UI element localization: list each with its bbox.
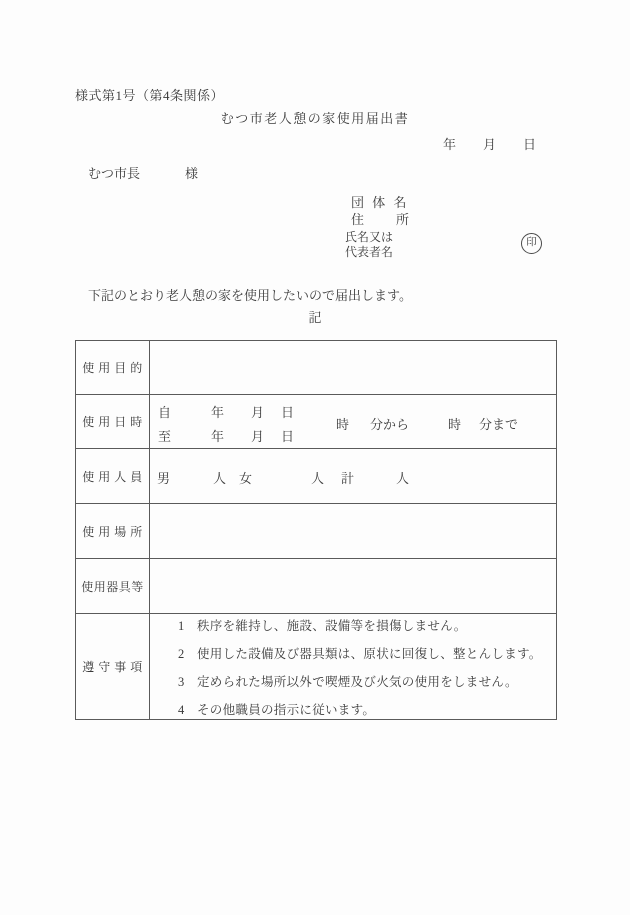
rule-number: 1 <box>178 619 191 634</box>
rule-number: 3 <box>178 675 191 690</box>
address-label: 住 所 <box>351 209 411 228</box>
people-female-unit: 人 <box>311 468 324 487</box>
rule-number: 4 <box>178 703 191 718</box>
datetime-day-label: 日 <box>281 402 294 421</box>
datetime-value-cell: 自 年 月 日 至 年 月 日 時 分から 時 分まで <box>150 395 557 449</box>
datetime-from-label: 自 <box>158 402 171 421</box>
place-label: 使 用 場 所 <box>76 504 150 559</box>
note-heading: 記 <box>0 307 630 326</box>
rule-text: その他職員の指示に従います。 <box>197 700 375 718</box>
place-value-cell <box>150 504 557 559</box>
datetime-day-label: 日 <box>281 426 294 445</box>
form-page: 様式第1号（第4条関係） むつ市老人憩の家使用届出書 年 月 日 むつ市長 様 … <box>0 0 630 915</box>
table-row: 使 用 人 員 男 人 女 人 計 人 <box>76 449 557 504</box>
addressee-honorific: 様 <box>185 163 198 182</box>
list-item: 4 その他職員の指示に従います。 <box>178 700 556 718</box>
addressee-line: むつ市長 様 <box>88 163 198 182</box>
people-value-cell: 男 人 女 人 計 人 <box>150 449 557 504</box>
application-table: 使 用 目 的 使 用 日 時 自 年 月 日 至 年 月 日 時 分から 時 … <box>75 340 557 720</box>
addressee-name: むつ市長 <box>88 163 140 182</box>
rules-label: 遵 守 事 項 <box>76 614 150 720</box>
rule-text: 秩序を維持し、施設、設備等を損傷しません。 <box>197 616 467 634</box>
table-row: 遵 守 事 項 1 秩序を維持し、施設、設備等を損傷しません。 2 使用した設備… <box>76 614 557 720</box>
datetime-year-label: 年 <box>211 426 224 445</box>
datetime-to-label: 至 <box>158 426 171 445</box>
representative-name-label: 代表者名 <box>345 243 393 260</box>
list-item: 2 使用した設備及び器具類は、原状に回復し、整とんします。 <box>178 644 556 662</box>
equipment-value-cell <box>150 559 557 614</box>
datetime-year-label: 年 <box>211 402 224 421</box>
table-row: 使 用 場 所 <box>76 504 557 559</box>
people-total-label: 計 <box>341 468 354 487</box>
rules-list: 1 秩序を維持し、施設、設備等を損傷しません。 2 使用した設備及び器具類は、原… <box>150 614 556 719</box>
datetime-hour-label: 時 <box>448 414 461 433</box>
people-total-unit: 人 <box>396 468 409 487</box>
datetime-minute-from-label: 分から <box>370 414 409 433</box>
people-label: 使 用 人 員 <box>76 449 150 504</box>
equipment-label: 使用器具等 <box>76 559 150 614</box>
page-title: むつ市老人憩の家使用届出書 <box>0 108 630 127</box>
rule-text: 定められた場所以外で喫煙及び火気の使用をしません。 <box>197 672 518 690</box>
people-female-label: 女 <box>239 468 252 487</box>
date-day-label: 日 <box>523 134 536 153</box>
date-year-label: 年 <box>443 134 456 153</box>
datetime-minute-to-label: 分まで <box>479 414 518 433</box>
list-item: 1 秩序を維持し、施設、設備等を損傷しません。 <box>178 616 556 634</box>
rule-number: 2 <box>178 647 191 662</box>
seal-mark-icon: 印 <box>521 233 542 254</box>
date-line: 年 月 日 <box>443 134 536 153</box>
rule-text: 使用した設備及び器具類は、原状に回復し、整とんします。 <box>197 644 542 662</box>
statement-text: 下記のとおり老人憩の家を使用したいので届出します。 <box>88 285 412 304</box>
datetime-month-label: 月 <box>251 402 264 421</box>
people-male-label: 男 <box>157 468 170 487</box>
table-row: 使用器具等 <box>76 559 557 614</box>
purpose-value-cell <box>150 341 557 395</box>
datetime-label: 使 用 日 時 <box>76 395 150 449</box>
date-month-label: 月 <box>483 134 496 153</box>
purpose-label: 使 用 目 的 <box>76 341 150 395</box>
list-item: 3 定められた場所以外で喫煙及び火気の使用をしません。 <box>178 672 556 690</box>
datetime-month-label: 月 <box>251 426 264 445</box>
people-male-unit: 人 <box>213 468 226 487</box>
datetime-hour-label: 時 <box>336 414 349 433</box>
rules-value-cell: 1 秩序を維持し、施設、設備等を損傷しません。 2 使用した設備及び器具類は、原… <box>150 614 557 720</box>
table-row: 使 用 目 的 <box>76 341 557 395</box>
table-row: 使 用 日 時 自 年 月 日 至 年 月 日 時 分から 時 分まで <box>76 395 557 449</box>
form-number: 様式第1号（第4条関係） <box>75 85 224 104</box>
